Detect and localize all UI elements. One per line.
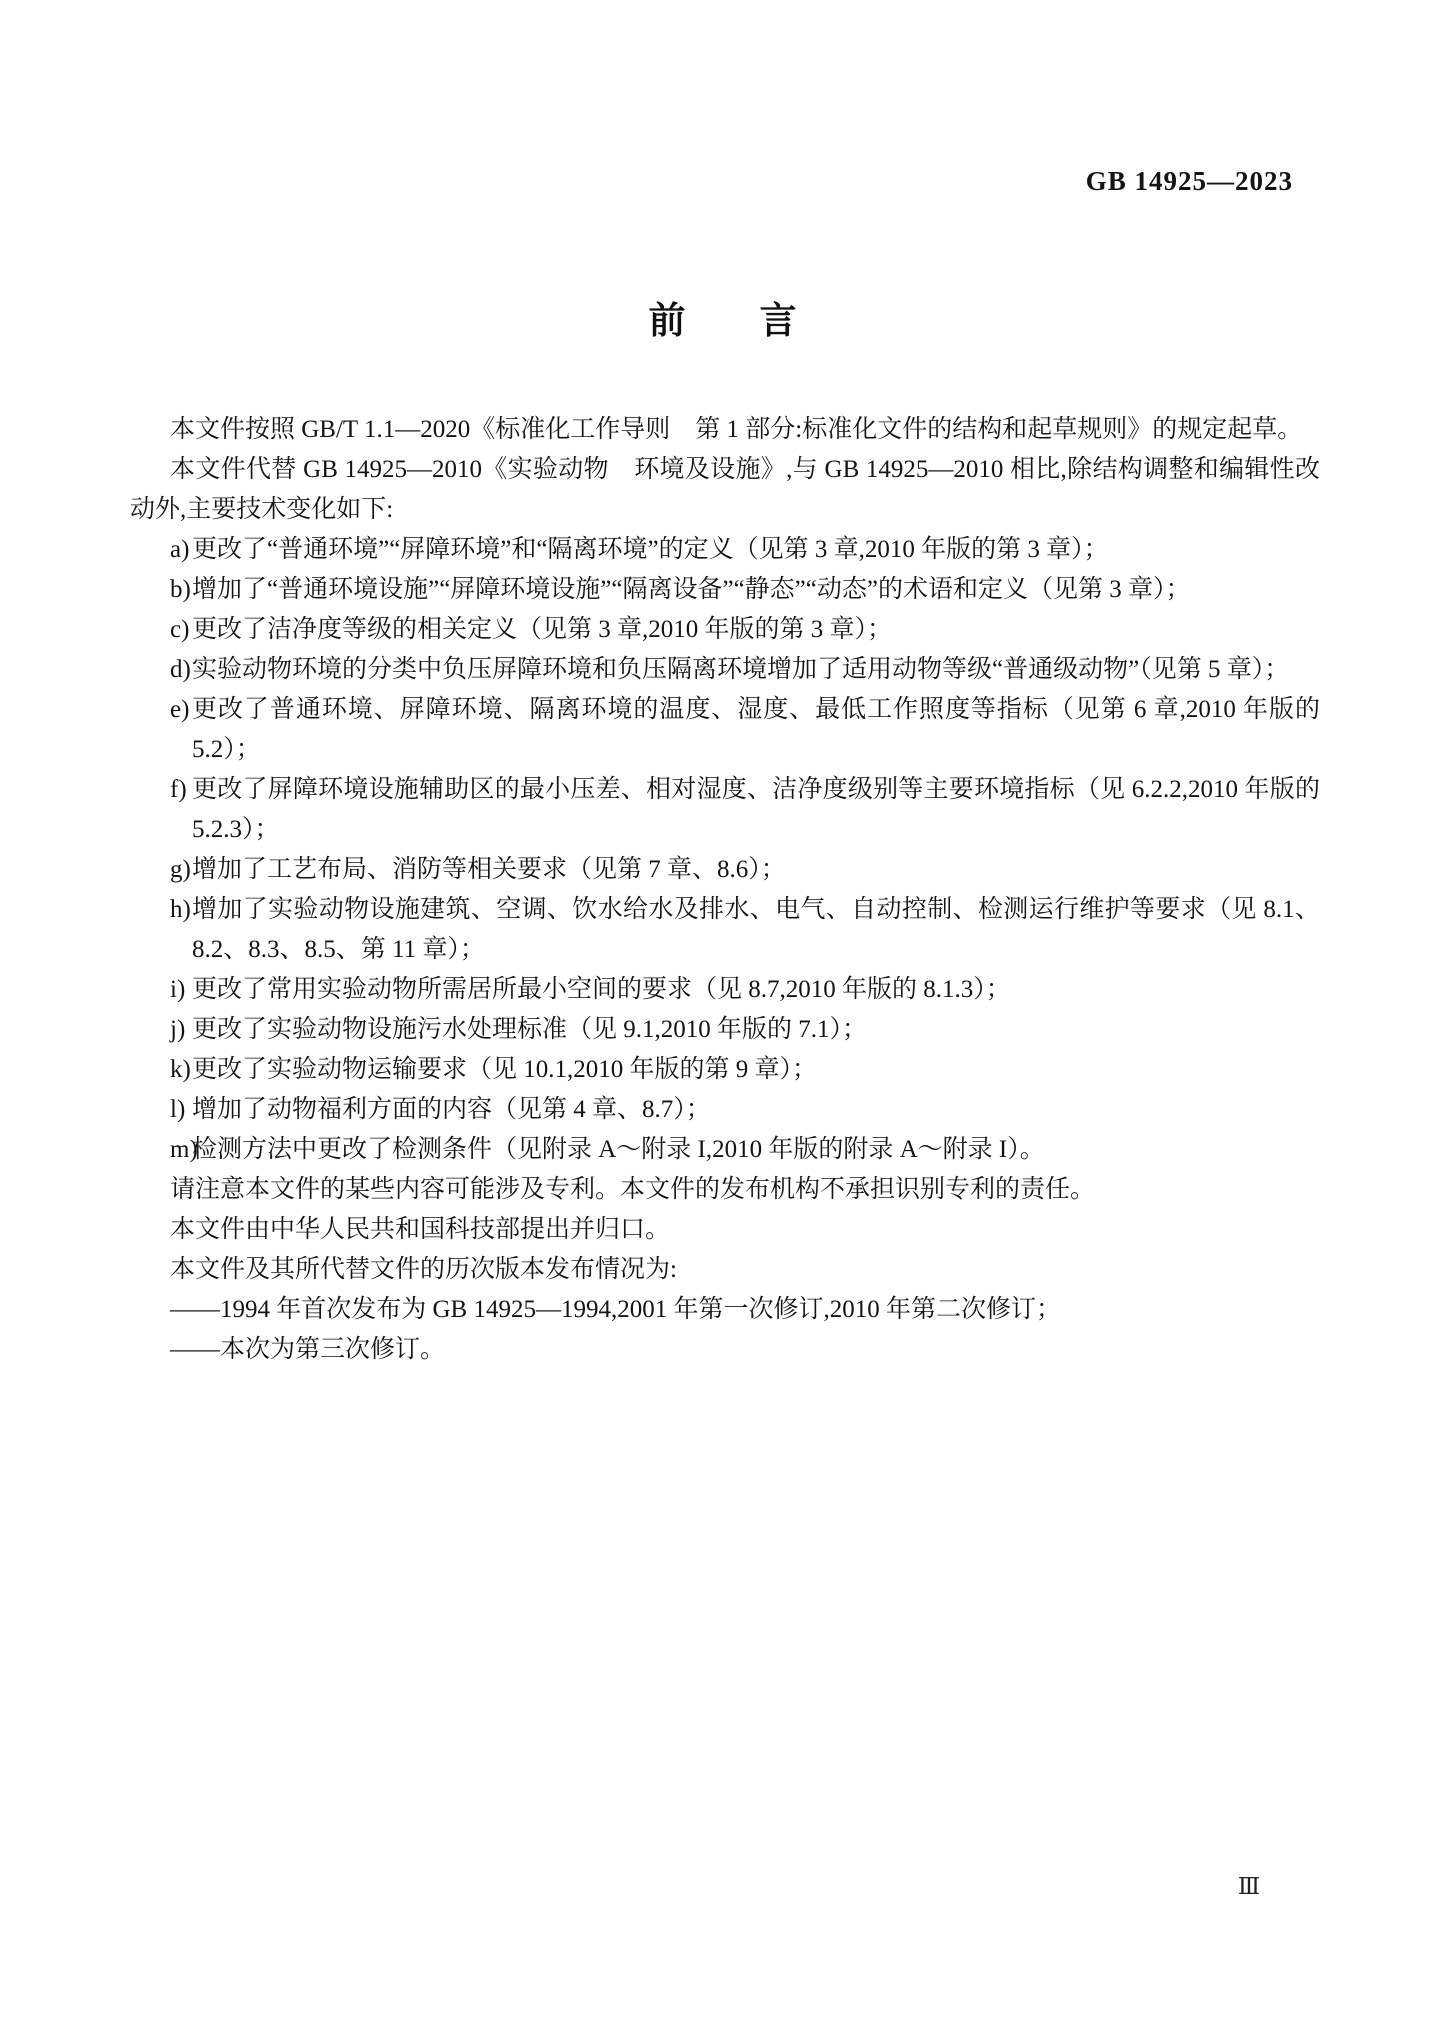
document-page: GB 14925—2023 前 言 本文件按照 GB/T 1.1—2020《标准… xyxy=(0,0,1445,2044)
list-item-text: 增加了实验动物设施建筑、空调、饮水给水及排水、电气、自动控制、检测运行维护等要求… xyxy=(192,896,1320,963)
list-item-text: 更改了洁净度等级的相关定义（见第 3 章,2010 年版的第 3 章）； xyxy=(192,616,892,643)
change-list-item: i) 更改了常用实验动物所需居所最小空间的要求（见 8.7,2010 年版的 8… xyxy=(130,970,1320,1010)
list-item-text: 增加了动物福利方面的内容（见第 4 章、8.7）； xyxy=(192,1096,711,1123)
change-list-item: a) 更改了“普通环境”“屏障环境”和“隔离环境”的定义（见第 3 章,2010… xyxy=(130,530,1320,570)
change-list-item: h) 增加了实验动物设施建筑、空调、饮水给水及排水、电气、自动控制、检测运行维护… xyxy=(130,890,1320,970)
list-item-letter: i) xyxy=(170,970,185,1010)
change-list-item: l) 增加了动物福利方面的内容（见第 4 章、8.7）； xyxy=(130,1090,1320,1130)
list-item-letter: m) xyxy=(170,1130,198,1170)
list-item-letter: g) xyxy=(170,850,191,890)
list-item-letter: a) xyxy=(170,530,189,570)
foreword-content: 本文件按照 GB/T 1.1—2020《标准化工作导则 第 1 部分:标准化文件… xyxy=(130,410,1320,1370)
list-item-text: 检测方法中更改了检测条件（见附录 A～附录 I,2010 年版的附录 A～附录 … xyxy=(192,1136,1045,1163)
paragraph-patent-notice: 请注意本文件的某些内容可能涉及专利。本文件的发布机构不承担识别专利的责任。 xyxy=(130,1170,1320,1210)
page-title: 前 言 xyxy=(0,290,1445,344)
list-item-text: 实验动物环境的分类中负压屏障环境和负压隔离环境增加了适用动物等级“普通级动物”（… xyxy=(192,656,1289,683)
list-item-letter: f) xyxy=(170,770,187,810)
list-item-text: 更改了实验动物运输要求（见 10.1,2010 年版的第 9 章）； xyxy=(192,1056,817,1083)
change-list-item: b) 增加了“普通环境设施”“屏障环境设施”“隔离设备”“静态”“动态”的术语和… xyxy=(130,570,1320,610)
list-item-text: 增加了工艺布局、消防等相关要求（见第 7 章、8.6）； xyxy=(192,856,786,883)
history-entry: ——1994 年首次发布为 GB 14925—1994,2001 年第一次修订,… xyxy=(130,1290,1320,1330)
list-item-letter: j) xyxy=(170,1010,185,1050)
list-item-letter: d) xyxy=(170,650,191,690)
change-list-item: f) 更改了屏障环境设施辅助区的最小压差、相对湿度、洁净度级别等主要环境指标（见… xyxy=(130,770,1320,850)
list-item-letter: l) xyxy=(170,1090,185,1130)
list-item-letter: h) xyxy=(170,890,191,930)
list-item-letter: c) xyxy=(170,610,189,650)
change-list-item: d) 实验动物环境的分类中负压屏障环境和负压隔离环境增加了适用动物等级“普通级动… xyxy=(130,650,1320,690)
page-number: Ⅲ xyxy=(1238,1874,1260,1900)
paragraph-replacement-note: 本文件代替 GB 14925—2010《实验动物 环境及设施》,与 GB 149… xyxy=(130,450,1320,530)
change-list-item: e) 更改了普通环境、屏障环境、隔离环境的温度、湿度、最低工作照度等指标（见第 … xyxy=(130,690,1320,770)
paragraph-history-intro: 本文件及其所代替文件的历次版本发布情况为: xyxy=(130,1250,1320,1290)
change-list-item: m) 检测方法中更改了检测条件（见附录 A～附录 I,2010 年版的附录 A～… xyxy=(130,1130,1320,1170)
change-list-item: g) 增加了工艺布局、消防等相关要求（见第 7 章、8.6）； xyxy=(130,850,1320,890)
list-item-text: 更改了实验动物设施污水处理标准（见 9.1,2010 年版的 7.1）； xyxy=(192,1016,867,1043)
list-item-text: 增加了“普通环境设施”“屏障环境设施”“隔离设备”“静态”“动态”的术语和定义（… xyxy=(192,576,1190,603)
history-entry: ——本次为第三次修订。 xyxy=(130,1330,1320,1370)
list-item-text: 更改了屏障环境设施辅助区的最小压差、相对湿度、洁净度级别等主要环境指标（见 6.… xyxy=(192,776,1320,843)
list-item-text: 更改了常用实验动物所需居所最小空间的要求（见 8.7,2010 年版的 8.1.… xyxy=(192,976,1011,1003)
list-item-letter: e) xyxy=(170,690,189,730)
paragraph-issuer: 本文件由中华人民共和国科技部提出并归口。 xyxy=(130,1210,1320,1250)
change-list-item: c) 更改了洁净度等级的相关定义（见第 3 章,2010 年版的第 3 章）； xyxy=(130,610,1320,650)
list-item-letter: k) xyxy=(170,1050,191,1090)
list-item-text: 更改了普通环境、屏障环境、隔离环境的温度、湿度、最低工作照度等指标（见第 6 章… xyxy=(192,696,1320,763)
list-item-text: 更改了“普通环境”“屏障环境”和“隔离环境”的定义（见第 3 章,2010 年版… xyxy=(192,536,1109,563)
change-list-item: k) 更改了实验动物运输要求（见 10.1,2010 年版的第 9 章）； xyxy=(130,1050,1320,1090)
paragraph-drafting-basis: 本文件按照 GB/T 1.1—2020《标准化工作导则 第 1 部分:标准化文件… xyxy=(130,410,1320,450)
standard-code-header: GB 14925—2023 xyxy=(1086,166,1293,197)
change-list-item: j) 更改了实验动物设施污水处理标准（见 9.1,2010 年版的 7.1）； xyxy=(130,1010,1320,1050)
list-item-letter: b) xyxy=(170,570,191,610)
